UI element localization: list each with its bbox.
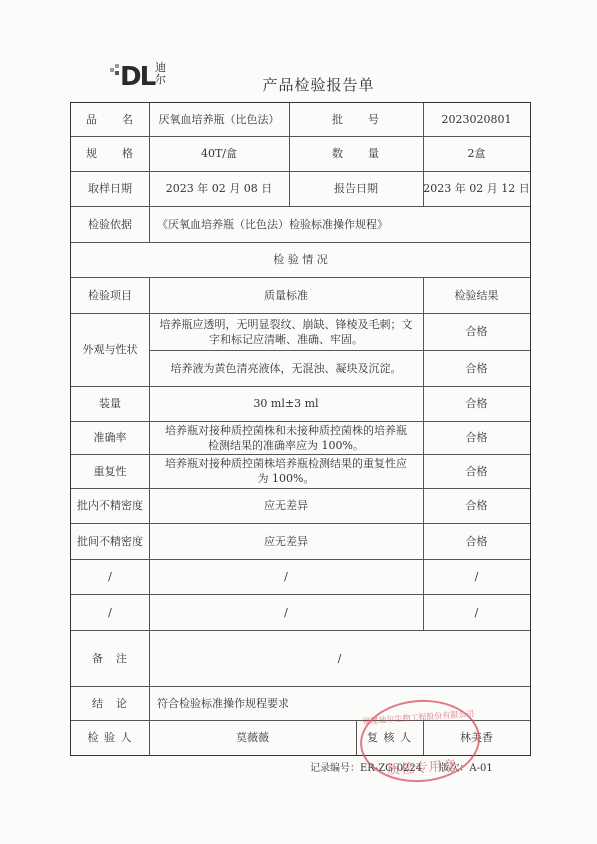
standard-appearance-2: 培养液为黄色清亮液体，无混浊、凝块及沉淀。	[149, 350, 423, 386]
column-header-result: 检验结果	[423, 277, 530, 313]
item-blank-1: /	[71, 559, 149, 594]
quantity-label: 数 量	[289, 136, 423, 171]
standard-blank-1: /	[149, 559, 423, 594]
result-appearance-2: 合格	[423, 350, 530, 386]
quantity-value: 2盒	[423, 136, 530, 171]
result-between-batch-imprecision: 合格	[423, 523, 530, 559]
stamp-center-text: 质检专用章	[363, 753, 480, 780]
result-repeatability: 合格	[423, 454, 530, 488]
standard-accuracy: 培养瓶对接种质控菌株和未接种质控菌株的培养瓶检测结果的准确率应为 100%。	[161, 421, 411, 454]
item-accuracy: 准确率	[71, 421, 149, 454]
basis-label: 检验依据	[71, 206, 149, 242]
sampling-date-label: 取样日期	[71, 171, 149, 206]
remarks-label: 备 注	[71, 630, 149, 686]
basis-value: 《厌氧血培养瓶（比色法）检验标准操作规程》	[149, 206, 530, 242]
result-blank-1: /	[423, 559, 530, 594]
result-blank-2: /	[423, 594, 530, 630]
item-between-batch-imprecision: 批间不精密度	[75, 523, 145, 559]
column-header-item: 检验项目	[71, 277, 149, 313]
sampling-date-value: 2023 年 02 月 08 日	[149, 171, 289, 206]
record-no-label: 记录编号：	[310, 763, 360, 774]
item-volume: 装量	[71, 386, 149, 421]
inspector-name: 莫薇薇	[149, 720, 356, 755]
conclusion-label: 结 论	[71, 686, 149, 720]
result-volume: 合格	[423, 386, 530, 421]
item-within-batch-imprecision: 批内不精密度	[75, 488, 145, 523]
result-appearance-1: 合格	[423, 313, 530, 350]
item-appearance: 外观与性状	[71, 313, 149, 386]
standard-within-batch-imprecision: 应无差异	[149, 488, 423, 523]
report-table: 品 名 厌氧血培养瓶（比色法） 批 号 2023020801 规 格 40T/盒…	[70, 102, 531, 756]
inspector-label: 检 验 人	[71, 720, 149, 755]
item-blank-2: /	[71, 594, 149, 630]
batch-value: 2023020801	[423, 103, 530, 136]
spec-label: 规 格	[71, 136, 149, 171]
report-date-value: 2023 年 02 月 12 日	[423, 171, 530, 206]
section-title: 检 验 情 况	[71, 242, 530, 277]
standard-appearance-1: 培养瓶应透明，无明显裂纹、崩缺、锋棱及毛刺；文字和标记应清晰、准确、牢固。	[155, 313, 417, 350]
standard-volume: 30 ml±3 ml	[149, 386, 423, 421]
result-accuracy: 合格	[423, 421, 530, 454]
report-date-label: 报告日期	[289, 171, 423, 206]
product-name-label: 品 名	[71, 103, 149, 136]
item-repeatability: 重复性	[71, 454, 149, 488]
standard-between-batch-imprecision: 应无差异	[149, 523, 423, 559]
product-name-value: 厌氧血培养瓶（比色法）	[149, 103, 289, 136]
column-header-standard: 质量标准	[149, 277, 423, 313]
standard-repeatability: 培养瓶对接种质控菌株培养瓶检测结果的重复性应为 100%。	[161, 454, 411, 488]
standard-blank-2: /	[149, 594, 423, 630]
spec-value: 40T/盒	[149, 136, 289, 171]
remarks-value: /	[149, 630, 530, 686]
document-title: 产品检验报告单	[0, 74, 597, 95]
result-within-batch-imprecision: 合格	[423, 488, 530, 523]
batch-label: 批 号	[289, 103, 423, 136]
